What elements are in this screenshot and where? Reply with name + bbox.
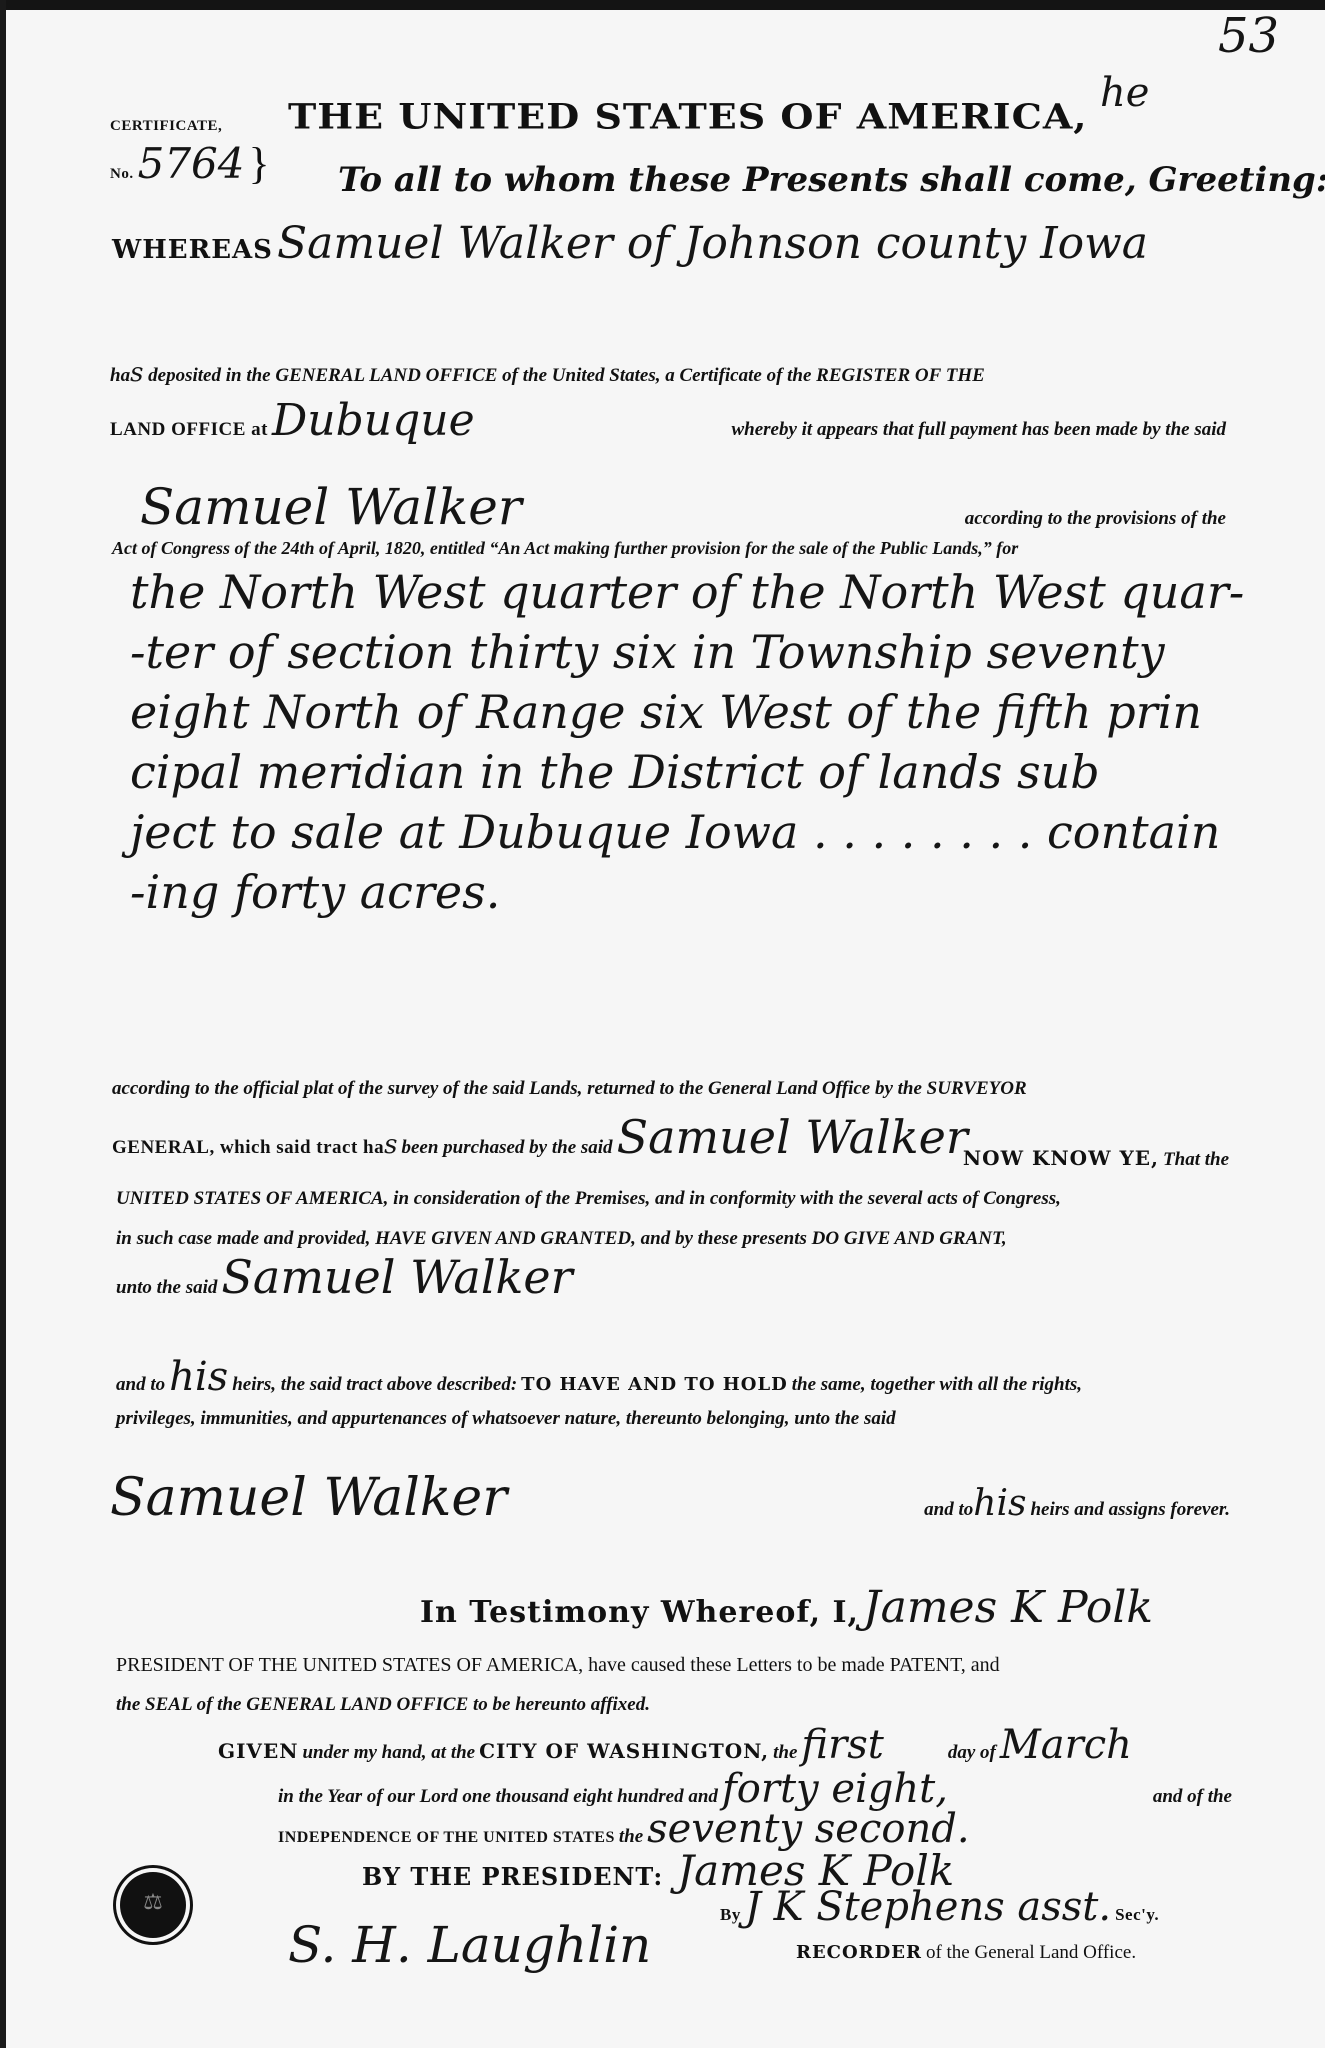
- survey-line-1: according to the official plat of the su…: [112, 1078, 1027, 1100]
- and-to: and to: [116, 1374, 165, 1395]
- text-ha: ha: [110, 365, 130, 386]
- the-text: the: [773, 1742, 797, 1763]
- margin-mark: he: [1100, 70, 1149, 116]
- whereas-line: WHEREAS Samuel Walker of Johnson county …: [112, 218, 1148, 269]
- certificate-number: 5764: [138, 139, 245, 188]
- independence-text: INDEPENDENCE OF THE UNITED STATES: [278, 1829, 615, 1846]
- secretary-line: By J K Stephens asst. Sec'y.: [720, 1884, 1159, 1930]
- the-text: the: [619, 1826, 643, 1847]
- that-the: That the: [1163, 1149, 1229, 1170]
- secretary-signature: J K Stephens asst.: [745, 1884, 1111, 1930]
- and-of-the: and of the: [1153, 1786, 1232, 1808]
- habendum-line-3: Samuel Walker and tohis heirs and assign…: [110, 1468, 1230, 1528]
- hand-s: s: [384, 1130, 397, 1160]
- by-the-president-label: BY THE PRESIDENT:: [362, 1862, 663, 1891]
- description-line: cipal meridian in the District of lands …: [130, 742, 1244, 802]
- city-of-washington: CITY OF WASHINGTON,: [479, 1739, 769, 1763]
- year-text: in the Year of our Lord one thousand eig…: [278, 1786, 718, 1807]
- grant-line-2: UNITED STATES OF AMERICA, in considerati…: [116, 1188, 1061, 1210]
- day-value: first: [801, 1722, 883, 1768]
- given-text: under my hand, at the: [302, 1742, 475, 1763]
- pronoun-his: his: [973, 1483, 1026, 1524]
- act-of-congress: Act of Congress of the 24th of April, 18…: [112, 538, 1018, 559]
- deposit-line-3: Samuel Walker according to the provision…: [140, 478, 1226, 536]
- payment-text: whereby it appears that full payment has…: [731, 419, 1226, 441]
- certificate-no-label: No.: [110, 166, 134, 182]
- purchased-text: been purchased by the said: [401, 1137, 612, 1158]
- purchaser-name: Samuel Walker: [140, 478, 522, 536]
- certificate-label: CERTIFICATE,: [110, 118, 222, 135]
- given-line: GIVEN under my hand, at the CITY OF WASH…: [218, 1722, 1132, 1768]
- description-line: ject to sale at Dubuque Iowa . . . . . .…: [130, 802, 1244, 862]
- land-office-location: Dubuque: [272, 395, 475, 446]
- now-know-ye-line: NOW KNOW YE, That the: [963, 1146, 1229, 1171]
- certificate-number-block: No. 5764 }: [110, 138, 270, 189]
- testimony-line-2: the SEAL of the GENERAL LAND OFFICE to b…: [116, 1694, 650, 1716]
- deposit-line-1: has deposited in the GENERAL LAND OFFICE…: [110, 358, 985, 388]
- description-line: -ing forty acres.: [130, 862, 1244, 922]
- grantee-name: Samuel Walker: [110, 1468, 507, 1528]
- month-value: March: [1000, 1722, 1132, 1768]
- survey-line-2: GENERAL, which said tract has been purch…: [112, 1110, 968, 1164]
- purchaser-name: Samuel Walker: [617, 1110, 968, 1164]
- president-name: James K Polk: [863, 1582, 1153, 1633]
- provisions-text: according to the provisions of the: [965, 508, 1226, 530]
- recorder-text: of the General Land Office.: [926, 1942, 1136, 1963]
- hand-s: s: [130, 358, 143, 388]
- habendum-line-2: privileges, immunities, and appurtenance…: [116, 1408, 896, 1430]
- testimony-line-1: PRESIDENT OF THE UNITED STATES OF AMERIC…: [116, 1654, 1000, 1677]
- unto-the-said: unto the said: [116, 1277, 217, 1298]
- recorder-label: RECORDER: [796, 1942, 922, 1963]
- description-line: eight North of Range six West of the fif…: [130, 682, 1244, 742]
- to-have-and-to-hold: TO HAVE AND TO HOLD: [521, 1374, 788, 1395]
- seal-emblem-icon: ⚖: [120, 1890, 186, 1915]
- secretary-title: Sec'y.: [1115, 1905, 1159, 1924]
- deposit-line-2: LAND OFFICE at Dubuque whereby it appear…: [110, 395, 1226, 446]
- whereas-grantee: Samuel Walker of Johnson county Iowa: [277, 218, 1148, 269]
- by-label: By: [720, 1905, 741, 1924]
- deposit-text: deposited in the GENERAL LAND OFFICE of …: [148, 365, 985, 386]
- testimony-heading: In Testimony Whereof, I,: [420, 1595, 859, 1630]
- land-office-label: LAND OFFICE at: [110, 419, 268, 440]
- now-know-ye: NOW KNOW YE,: [963, 1146, 1159, 1170]
- grant-line-3: in such case made and provided, HAVE GIV…: [116, 1228, 1007, 1250]
- grantee-name: Samuel Walker: [221, 1250, 572, 1304]
- recorder-signature: S. H. Laughlin: [288, 1916, 651, 1974]
- land-description: the North West quarter of the North West…: [130, 562, 1244, 922]
- brace-icon: }: [248, 139, 269, 188]
- day-of-text: day of: [948, 1742, 996, 1763]
- given-label: GIVEN: [218, 1739, 298, 1763]
- document-title: THE UNITED STATES OF AMERICA,: [288, 96, 1088, 137]
- scan-border-left: [0, 0, 6, 2048]
- greeting: To all to whom these Presents shall come…: [338, 160, 1325, 200]
- general-land-office-seal: ⚖: [120, 1872, 186, 1938]
- heirs-text: heirs, the said tract above described:: [232, 1374, 517, 1395]
- scan-border-top: [0, 0, 1325, 10]
- and-to: and to: [924, 1499, 973, 1520]
- rights-text: the same, together with all the rights,: [792, 1374, 1082, 1395]
- heirs-assigns-text: heirs and assigns forever.: [1030, 1499, 1230, 1520]
- page-number: 53: [1218, 8, 1279, 64]
- description-line: the North West quarter of the North West…: [130, 562, 1244, 622]
- grant-line-4: unto the said Samuel Walker: [116, 1250, 573, 1304]
- testimony-line: In Testimony Whereof, I, James K Polk: [420, 1582, 1153, 1633]
- habendum-line-1: and to his heirs, the said tract above d…: [116, 1354, 1082, 1400]
- description-line: -ter of section thirty six in Township s…: [130, 622, 1244, 682]
- whereas-label: WHEREAS: [112, 235, 273, 265]
- pronoun-his: his: [169, 1354, 228, 1400]
- general-text: GENERAL, which said tract ha: [112, 1137, 384, 1158]
- recorder-line: RECORDER of the General Land Office.: [796, 1942, 1136, 1964]
